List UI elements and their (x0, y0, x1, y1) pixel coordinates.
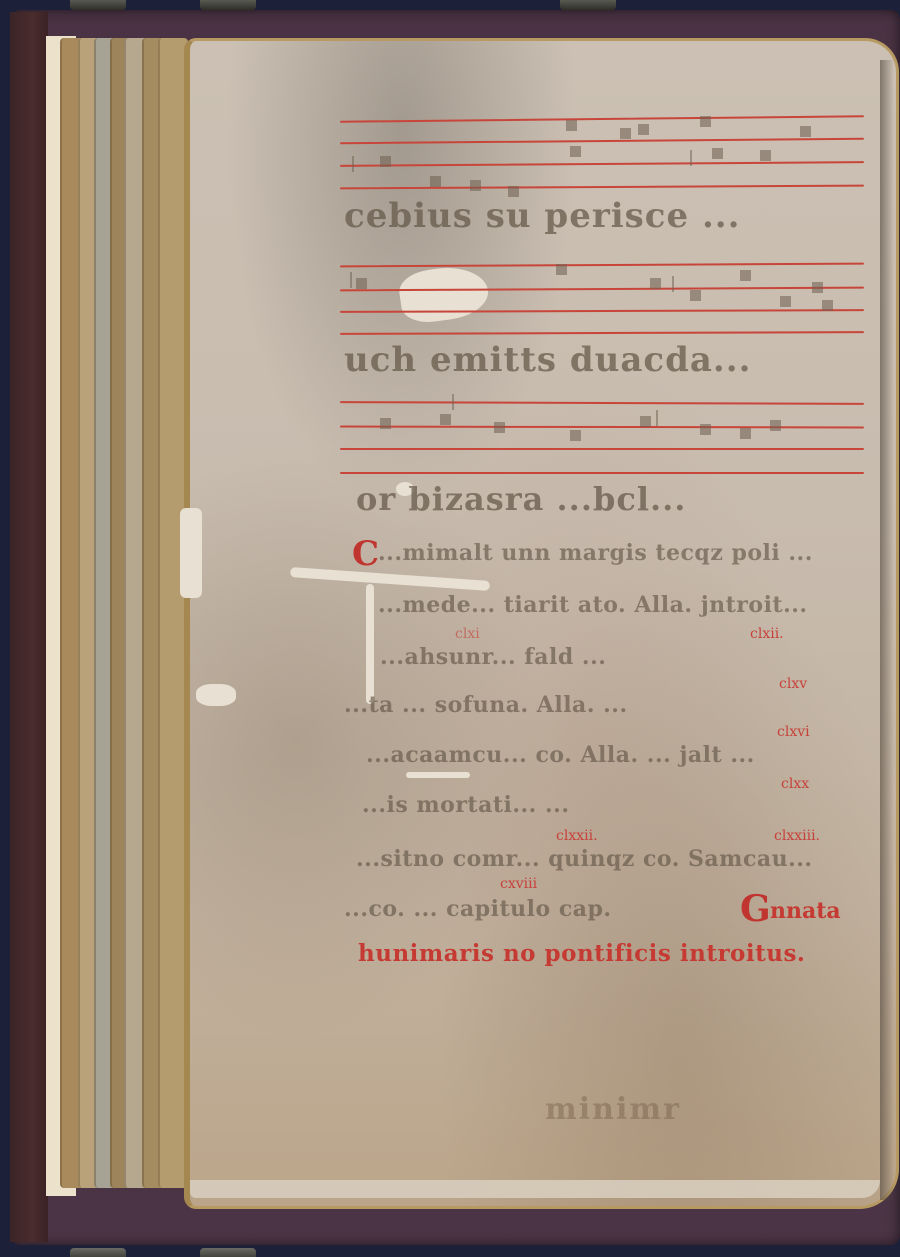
folio-reference: clxx (781, 776, 809, 792)
text-line: ...ta ... sofuna. Alla. ... (344, 692, 628, 718)
parchment-tear (406, 772, 470, 778)
rubric-line: hunimaris no pontificis introitus. (358, 940, 805, 967)
text-line: ...co. ... capitulo cap. (344, 896, 612, 922)
clasp (560, 0, 616, 10)
folio-reference: clxii. (750, 626, 784, 642)
folio-reference: clxv (779, 676, 807, 692)
text-line: ...acaamcu... co. Alla. ... jalt ... (366, 742, 755, 768)
clasp (200, 1248, 256, 1257)
parchment-tear (196, 684, 236, 706)
red-initial: C (352, 534, 379, 574)
page-curl-shadow (880, 60, 894, 1200)
red-initial: G (740, 888, 771, 930)
text-line: ...mede... tiarit ato. Alla. jntroit... (378, 592, 808, 618)
folio-reference: clxxii. (556, 828, 598, 844)
rubric-fragment: nnata (770, 898, 841, 924)
folio-reference: clxxiii. (774, 828, 820, 844)
folio-reference: cxviii (500, 876, 537, 892)
text-line: ...ahsunr... fald ... (380, 644, 606, 670)
text-line: ...sitno comr... quinqz co. Samcau... (356, 846, 813, 872)
binding-spine-edge (10, 12, 48, 1242)
clasp (200, 0, 256, 10)
parchment-tear (180, 508, 202, 598)
clasp (70, 0, 126, 10)
clasp (70, 1248, 126, 1257)
text-line: ...mimalt unn margis tecqz poli ... (378, 540, 813, 566)
lyric-line-2: uch emitts duacda... (344, 340, 751, 380)
folio-reference: clxvi (777, 724, 810, 740)
folio-reference: clxi (455, 626, 480, 642)
page-bottom-edge (190, 1180, 880, 1198)
lyric-line-3: or bizasra ...bcl... (356, 480, 686, 518)
parchment-tear (366, 584, 374, 704)
show-through-text: minimr (545, 1092, 681, 1127)
text-line: ...is mortati... ... (362, 792, 569, 818)
lyric-line-1: cebius su perisce ... (344, 196, 740, 236)
